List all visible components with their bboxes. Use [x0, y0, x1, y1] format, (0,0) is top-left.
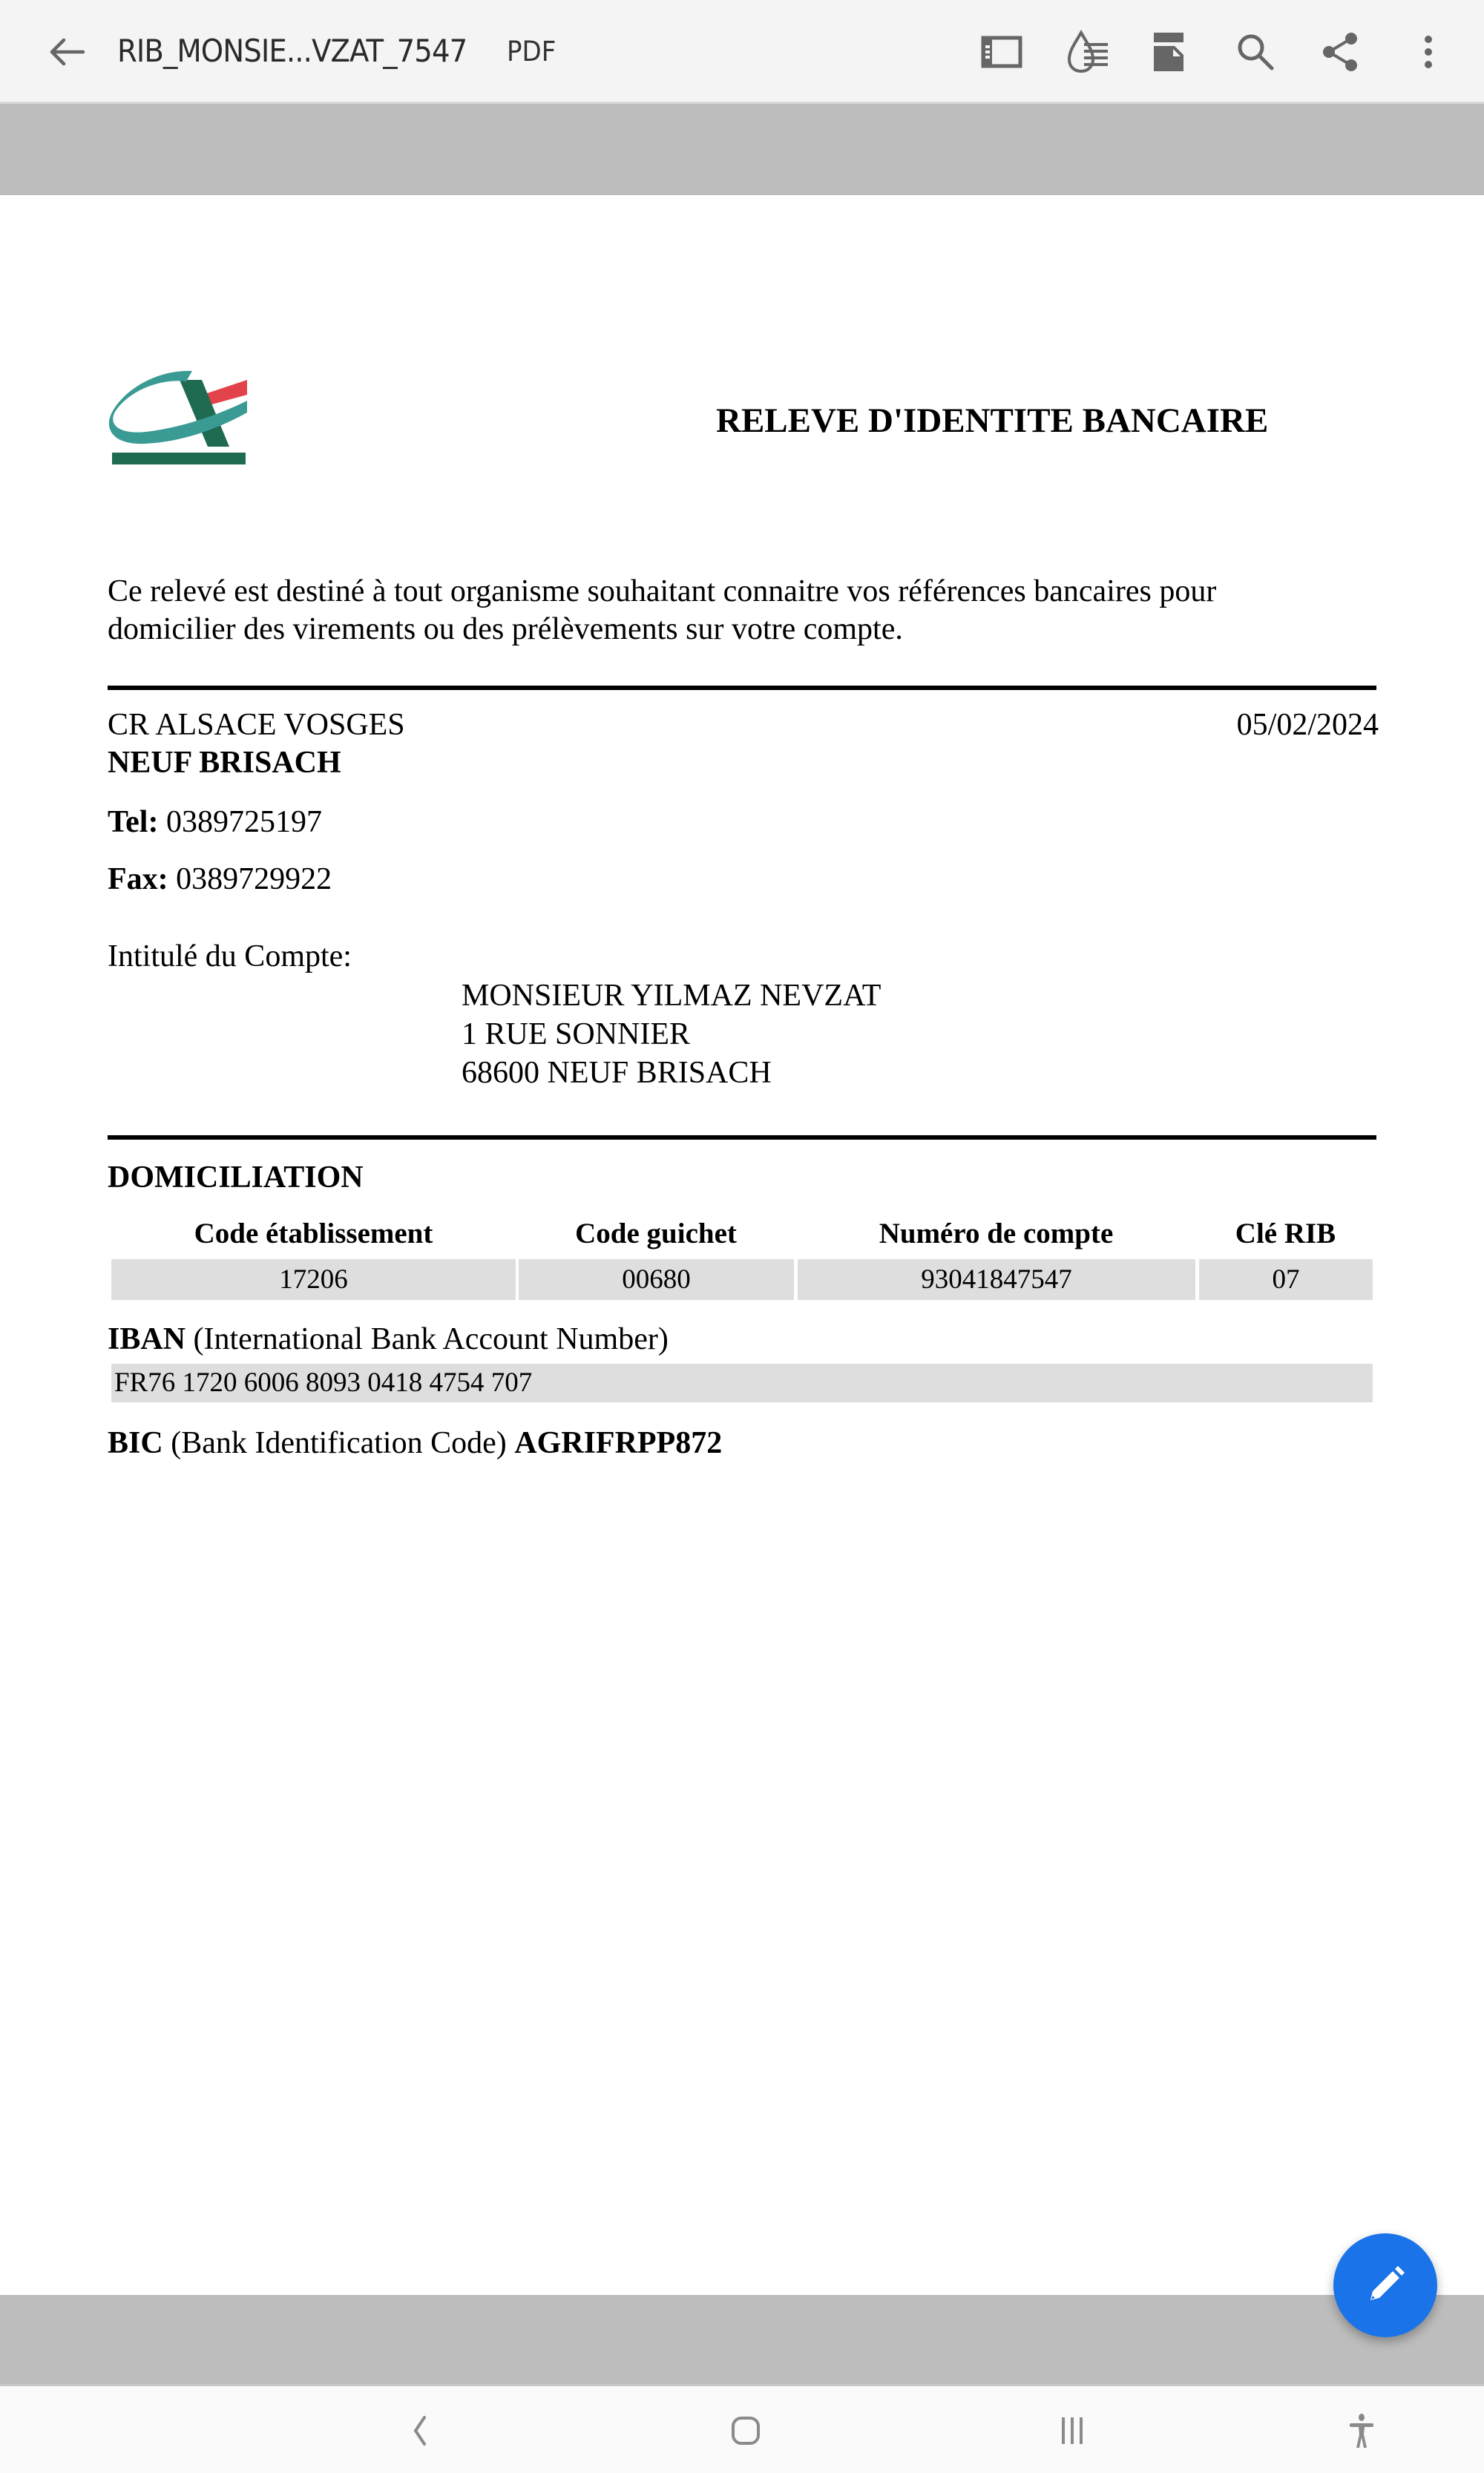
branch-code-value: 00680	[519, 1259, 794, 1300]
document-heading: RELEVE D'IDENTITE BANCAIRE	[716, 401, 1268, 441]
edit-pencil-icon	[1363, 2263, 1408, 2308]
credit-agricole-logo-icon	[109, 364, 257, 467]
accessibility-button[interactable]	[1328, 2401, 1395, 2460]
nav-home-button[interactable]	[712, 2401, 779, 2460]
account-number-value: 93041847547	[798, 1259, 1195, 1300]
sidebar-panel-button[interactable]	[976, 26, 1028, 78]
iban-value: FR76 1720 6006 8093 0418 4754 707	[111, 1364, 1373, 1402]
fax-value: 0389729922	[176, 862, 332, 896]
bic-label: BIC	[108, 1426, 163, 1460]
back-button[interactable]	[41, 30, 93, 74]
intro-line-1: Ce relevé est destiné à tout organisme s…	[108, 573, 1384, 611]
nav-recents-icon	[1057, 2414, 1087, 2447]
account-holder-address-1: 1 RUE SONNIER	[462, 1016, 690, 1053]
fax-label: Fax:	[108, 862, 168, 896]
bic-description: (Bank Identification Code)	[171, 1426, 507, 1460]
bic-line: BIC (Bank Identification Code) AGRIFRPP8…	[108, 1425, 722, 1462]
rib-key-value: 07	[1199, 1259, 1373, 1300]
sidebar-panel-icon	[981, 34, 1022, 70]
iban-label: IBAN (International Bank Account Number)	[108, 1321, 669, 1358]
intro-line-2: domicilier des virements ou des prélèvem…	[108, 611, 1384, 648]
search-icon	[1235, 31, 1276, 73]
edit-fab-button[interactable]	[1333, 2233, 1437, 2337]
page-layout-button[interactable]	[1143, 26, 1195, 78]
phone-value: 0389725197	[166, 805, 322, 839]
page-gap-top	[0, 106, 1484, 195]
bank-phone: Tel: 0389725197	[108, 804, 322, 841]
divider	[108, 1135, 1376, 1140]
file-type-label: PDF	[507, 36, 556, 68]
iban-label-abbr: IBAN	[108, 1322, 185, 1356]
share-icon	[1320, 31, 1362, 73]
bank-code-value: 17206	[111, 1259, 516, 1300]
share-button[interactable]	[1315, 26, 1367, 78]
intro-paragraph: Ce relevé est destiné à tout organisme s…	[108, 573, 1384, 648]
column-header: Clé RIB	[1198, 1217, 1373, 1250]
system-navigation-bar	[0, 2384, 1484, 2473]
back-arrow-icon	[47, 37, 86, 67]
column-header: Numéro de compte	[798, 1217, 1195, 1250]
bank-region: CR ALSACE VOSGES	[108, 706, 405, 743]
more-options-button[interactable]	[1402, 26, 1454, 78]
bank-fax: Fax: 0389729922	[108, 861, 332, 898]
nav-back-button[interactable]	[386, 2401, 453, 2460]
app-bar: RIB_MONSIE...VZAT_7547 PDF	[0, 0, 1484, 104]
domiciliation-heading: DOMICILIATION	[108, 1159, 364, 1196]
account-holder-name: MONSIEUR YILMAZ NEVZAT	[462, 977, 881, 1014]
column-header: Code établissement	[111, 1217, 516, 1250]
phone-label: Tel:	[108, 805, 158, 839]
page-gap-bottom	[0, 2295, 1484, 2384]
nav-recents-button[interactable]	[1039, 2401, 1106, 2460]
document-layout-icon	[1151, 31, 1186, 73]
iban-label-description: (International Bank Account Number)	[194, 1322, 669, 1356]
account-holder-label: Intitulé du Compte:	[108, 938, 352, 975]
bank-branch: NEUF BRISACH	[108, 744, 341, 781]
divider	[108, 686, 1376, 690]
nav-home-icon	[729, 2414, 762, 2447]
reading-mode-button[interactable]	[1063, 26, 1114, 78]
column-header: Code guichet	[518, 1217, 794, 1250]
account-holder-address-2: 68600 NEUF BRISACH	[462, 1054, 772, 1091]
nav-back-icon	[408, 2414, 430, 2447]
accessibility-icon	[1345, 2412, 1378, 2449]
document-title: RIB_MONSIE...VZAT_7547	[117, 33, 467, 69]
reading-mode-icon	[1065, 30, 1112, 74]
document-date: 05/02/2024	[1223, 706, 1379, 743]
search-button[interactable]	[1229, 26, 1281, 78]
more-vert-icon	[1421, 33, 1436, 70]
bic-value: AGRIFRPP872	[514, 1426, 722, 1460]
